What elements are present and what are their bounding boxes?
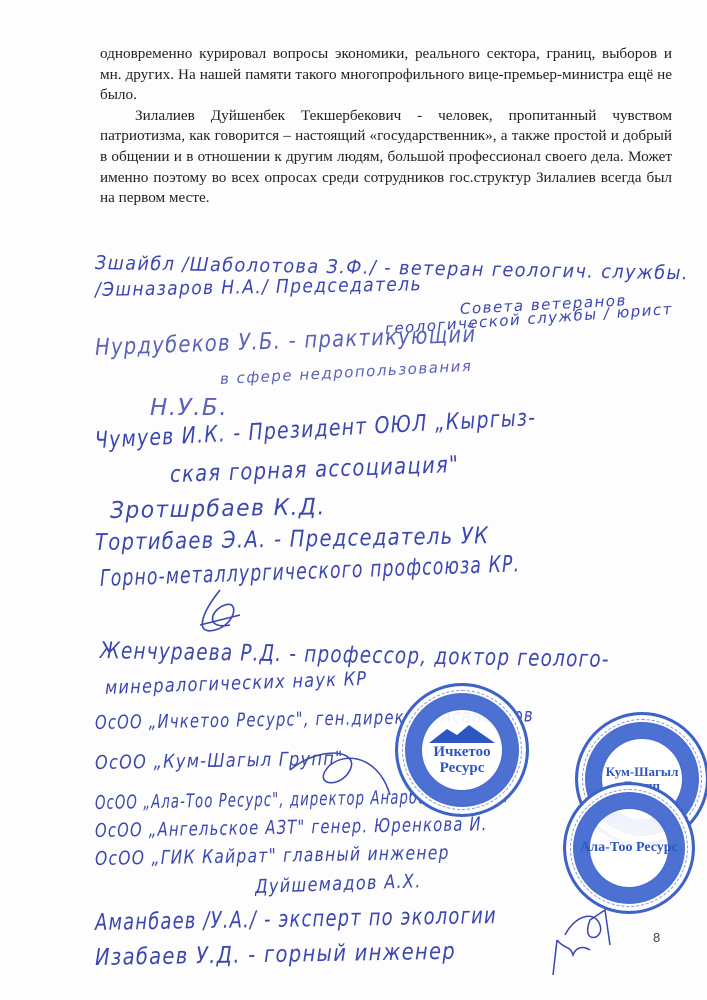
page-number: 8 xyxy=(653,930,660,945)
handwriting-line: ская горная ассоциация" xyxy=(170,452,460,488)
paragraph-1: одновременно курировал вопросы экономики… xyxy=(100,44,672,106)
handwriting-line: /Эшназаров Н.А./ Председатель xyxy=(95,273,422,301)
signature-mark xyxy=(545,935,595,980)
handwriting-line: в сфере недропользования xyxy=(220,357,473,388)
handwriting-line: ОсОО „ГИК Кайрат" главный инженер xyxy=(95,842,450,870)
handwriting-line: Аманбаев /У.А./ - эксперт по экологии xyxy=(95,903,497,936)
handwriting-line: Тортибаев Э.А. - Председатель УК xyxy=(95,523,490,556)
handwriting-line: Горно-металлургического профсоюза КР. xyxy=(100,551,521,592)
handwriting-line: Нурдубеков У.Б. - практикующий xyxy=(95,322,477,361)
handwriting-line: Зротшрбаев К.Д. xyxy=(110,494,326,524)
typed-text-block: одновременно курировал вопросы экономики… xyxy=(100,44,672,209)
paragraph-2: Зилалиев Дуйшенбек Текшербекович - челов… xyxy=(100,106,672,209)
handwriting-line: Н.У.Б. xyxy=(150,395,228,421)
signature-mark xyxy=(280,740,400,800)
stamp-ala-too-resurs: Ала-Тоо Ресурс xyxy=(563,782,695,914)
signature-mark xyxy=(190,585,250,640)
stamp-ichketoo-resurs: Ичкетоо Ресурс xyxy=(395,683,529,817)
document-page: одновременно курировал вопросы экономики… xyxy=(0,0,707,1000)
handwriting-line: ОсОО „Ангельское АЗТ" генер. Юренкова И. xyxy=(95,813,488,842)
handwriting-line: Изабаев У.Д. - горный инженер xyxy=(95,939,456,971)
handwriting-line: минералогических наук КР xyxy=(105,668,368,699)
handwriting-line: Дуйшемадов А.Х. xyxy=(255,870,422,898)
